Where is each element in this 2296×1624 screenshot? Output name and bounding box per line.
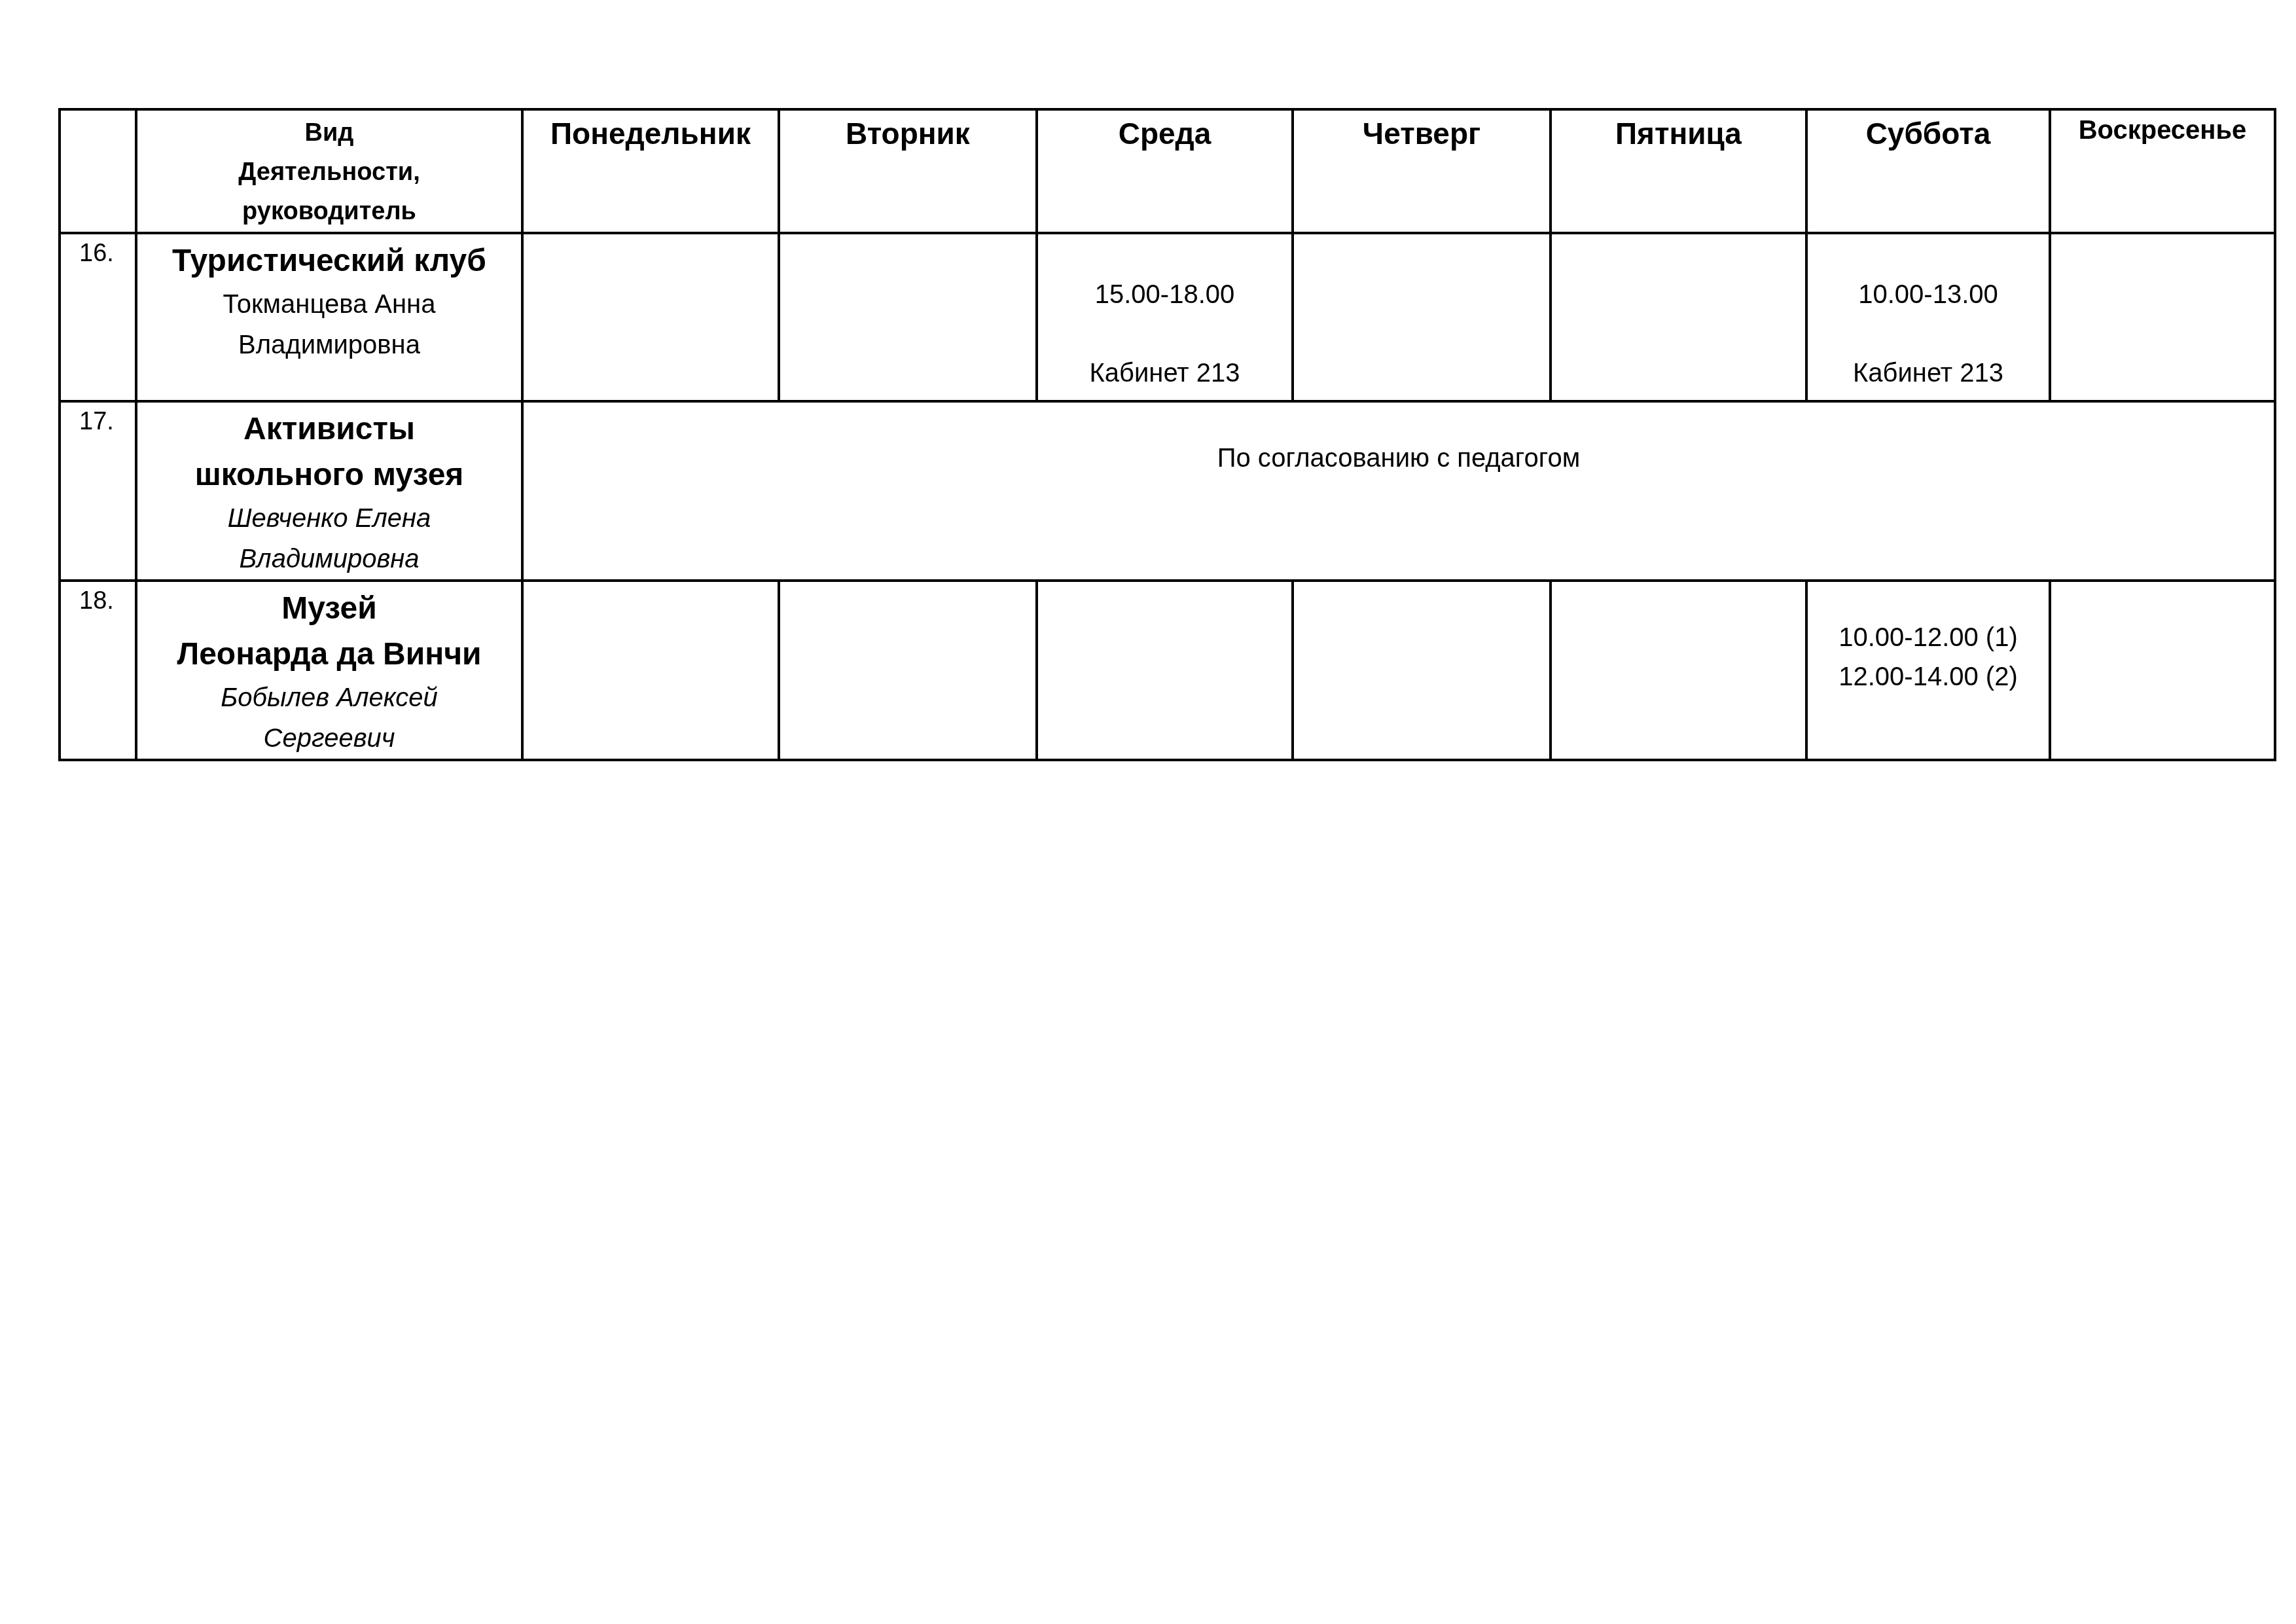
cell-wednesday: 15.00-18.00 Кабинет 213	[1037, 233, 1293, 401]
slot-time: 12.00-14.00 (2)	[1808, 657, 2049, 696]
row-number: 16.	[60, 233, 136, 401]
slot-time: 10.00-12.00 (1)	[1808, 618, 2049, 657]
activity-title: Активисты	[137, 406, 521, 452]
header-wednesday: Среда	[1037, 109, 1293, 233]
table-row: 16. Туристический клуб Токманцева Анна В…	[60, 233, 2275, 401]
activity-title: Музей	[137, 586, 521, 632]
activity-leader: Бобылев Алексей	[137, 677, 521, 718]
header-saturday: Суббота	[1806, 109, 2050, 233]
header-activity-line: Деятельности,	[137, 153, 521, 192]
cell-friday	[1551, 581, 1806, 760]
cell-tuesday	[779, 581, 1037, 760]
header-activity: Вид Деятельности, руководитель	[136, 109, 522, 233]
activity-title: Туристический клуб	[137, 238, 521, 284]
header-monday: Понедельник	[522, 109, 779, 233]
activity-leader: Токманцева Анна	[137, 284, 521, 325]
slot-room: Кабинет 213	[1808, 353, 2049, 393]
activity-leader: Сергеевич	[137, 718, 521, 759]
activity-cell: Музей Леонарда да Винчи Бобылев Алексей …	[136, 581, 522, 760]
activity-leader: Шевченко Елена	[137, 498, 521, 539]
cell-friday	[1551, 233, 1806, 401]
cell-sunday	[2050, 581, 2275, 760]
activity-leader: Владимировна	[137, 539, 521, 579]
header-sunday: Воскресенье	[2050, 109, 2275, 233]
header-friday: Пятница	[1551, 109, 1806, 233]
table-row: 17. Активисты школьного музея Шевченко Е…	[60, 401, 2275, 581]
schedule-table: Вид Деятельности, руководитель Понедельн…	[58, 108, 2276, 761]
merged-note: По согласованию с педагогом	[522, 401, 2275, 581]
header-thursday: Четверг	[1293, 109, 1551, 233]
slot-time: 10.00-13.00	[1808, 275, 2049, 314]
activity-title: Леонарда да Винчи	[137, 632, 521, 677]
cell-saturday: 10.00-13.00 Кабинет 213	[1806, 233, 2050, 401]
slot-time: 15.00-18.00	[1038, 275, 1291, 314]
row-number: 17.	[60, 401, 136, 581]
activity-title: школьного музея	[137, 452, 521, 498]
slot-room: Кабинет 213	[1038, 353, 1291, 393]
cell-wednesday	[1037, 581, 1293, 760]
activity-cell: Туристический клуб Токманцева Анна Влади…	[136, 233, 522, 401]
cell-monday	[522, 581, 779, 760]
table-row: 18. Музей Леонарда да Винчи Бобылев Алек…	[60, 581, 2275, 760]
cell-tuesday	[779, 233, 1037, 401]
cell-thursday	[1293, 233, 1551, 401]
cell-sunday	[2050, 233, 2275, 401]
activity-leader: Владимировна	[137, 325, 521, 365]
header-activity-line: руководитель	[137, 192, 521, 231]
header-activity-line: Вид	[137, 113, 521, 153]
header-number	[60, 109, 136, 233]
row-number: 18.	[60, 581, 136, 760]
cell-saturday: 10.00-12.00 (1) 12.00-14.00 (2)	[1806, 581, 2050, 760]
cell-monday	[522, 233, 779, 401]
cell-thursday	[1293, 581, 1551, 760]
activity-cell: Активисты школьного музея Шевченко Елена…	[136, 401, 522, 581]
header-tuesday: Вторник	[779, 109, 1037, 233]
table-header-row: Вид Деятельности, руководитель Понедельн…	[60, 109, 2275, 233]
